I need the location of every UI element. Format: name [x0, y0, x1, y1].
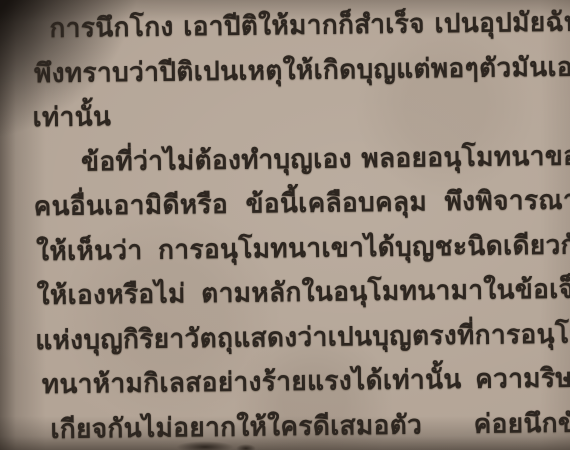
text-line: เกียจกันไม่อยากให้ใครดีเสมอตัว ค่อยนึกขั… [36, 401, 547, 450]
text-line: พึงทราบว่าปีติเปนเหตุให้เกิดบุญแต่พอๆตัว… [32, 45, 543, 96]
text-line: เท่านั้น [32, 90, 543, 141]
text-line: ทนาห้ามกิเลสอย่างร้ายแรงได้เท่านั้น ความ… [36, 357, 547, 408]
page-text: การนึกโกง เอาปีติให้มากก็สำเร็จ เปนอุปมั… [31, 1, 546, 450]
book-page-photo: การนึกโกง เอาปีติให้มากก็สำเร็จ เปนอุปมั… [0, 0, 570, 450]
text-line: การนึกโกง เอาปีติให้มากก็สำเร็จ เปนอุปมั… [31, 1, 542, 52]
text-line: แห่งบุญกิริยาวัตถุแสดงว่าเปนบุญตรงที่การ… [35, 312, 546, 363]
text-line: คนอื่นเอามิดีหรือ ข้อนี้เคลือบคลุม พึงพิ… [33, 179, 544, 230]
text-line: ให้เห็นว่า การอนุโมทนาเขาได้บุญชะนิดเดีย… [34, 223, 545, 274]
text-line: ให้เองหรือไม่ ตามหลักในอนุโมทนามาในข้อเจ… [35, 268, 546, 319]
text-line-paragraph-start: ข้อที่ว่าไม่ต้องทำบุญเอง พลอยอนุโมทนาของ [33, 134, 544, 185]
